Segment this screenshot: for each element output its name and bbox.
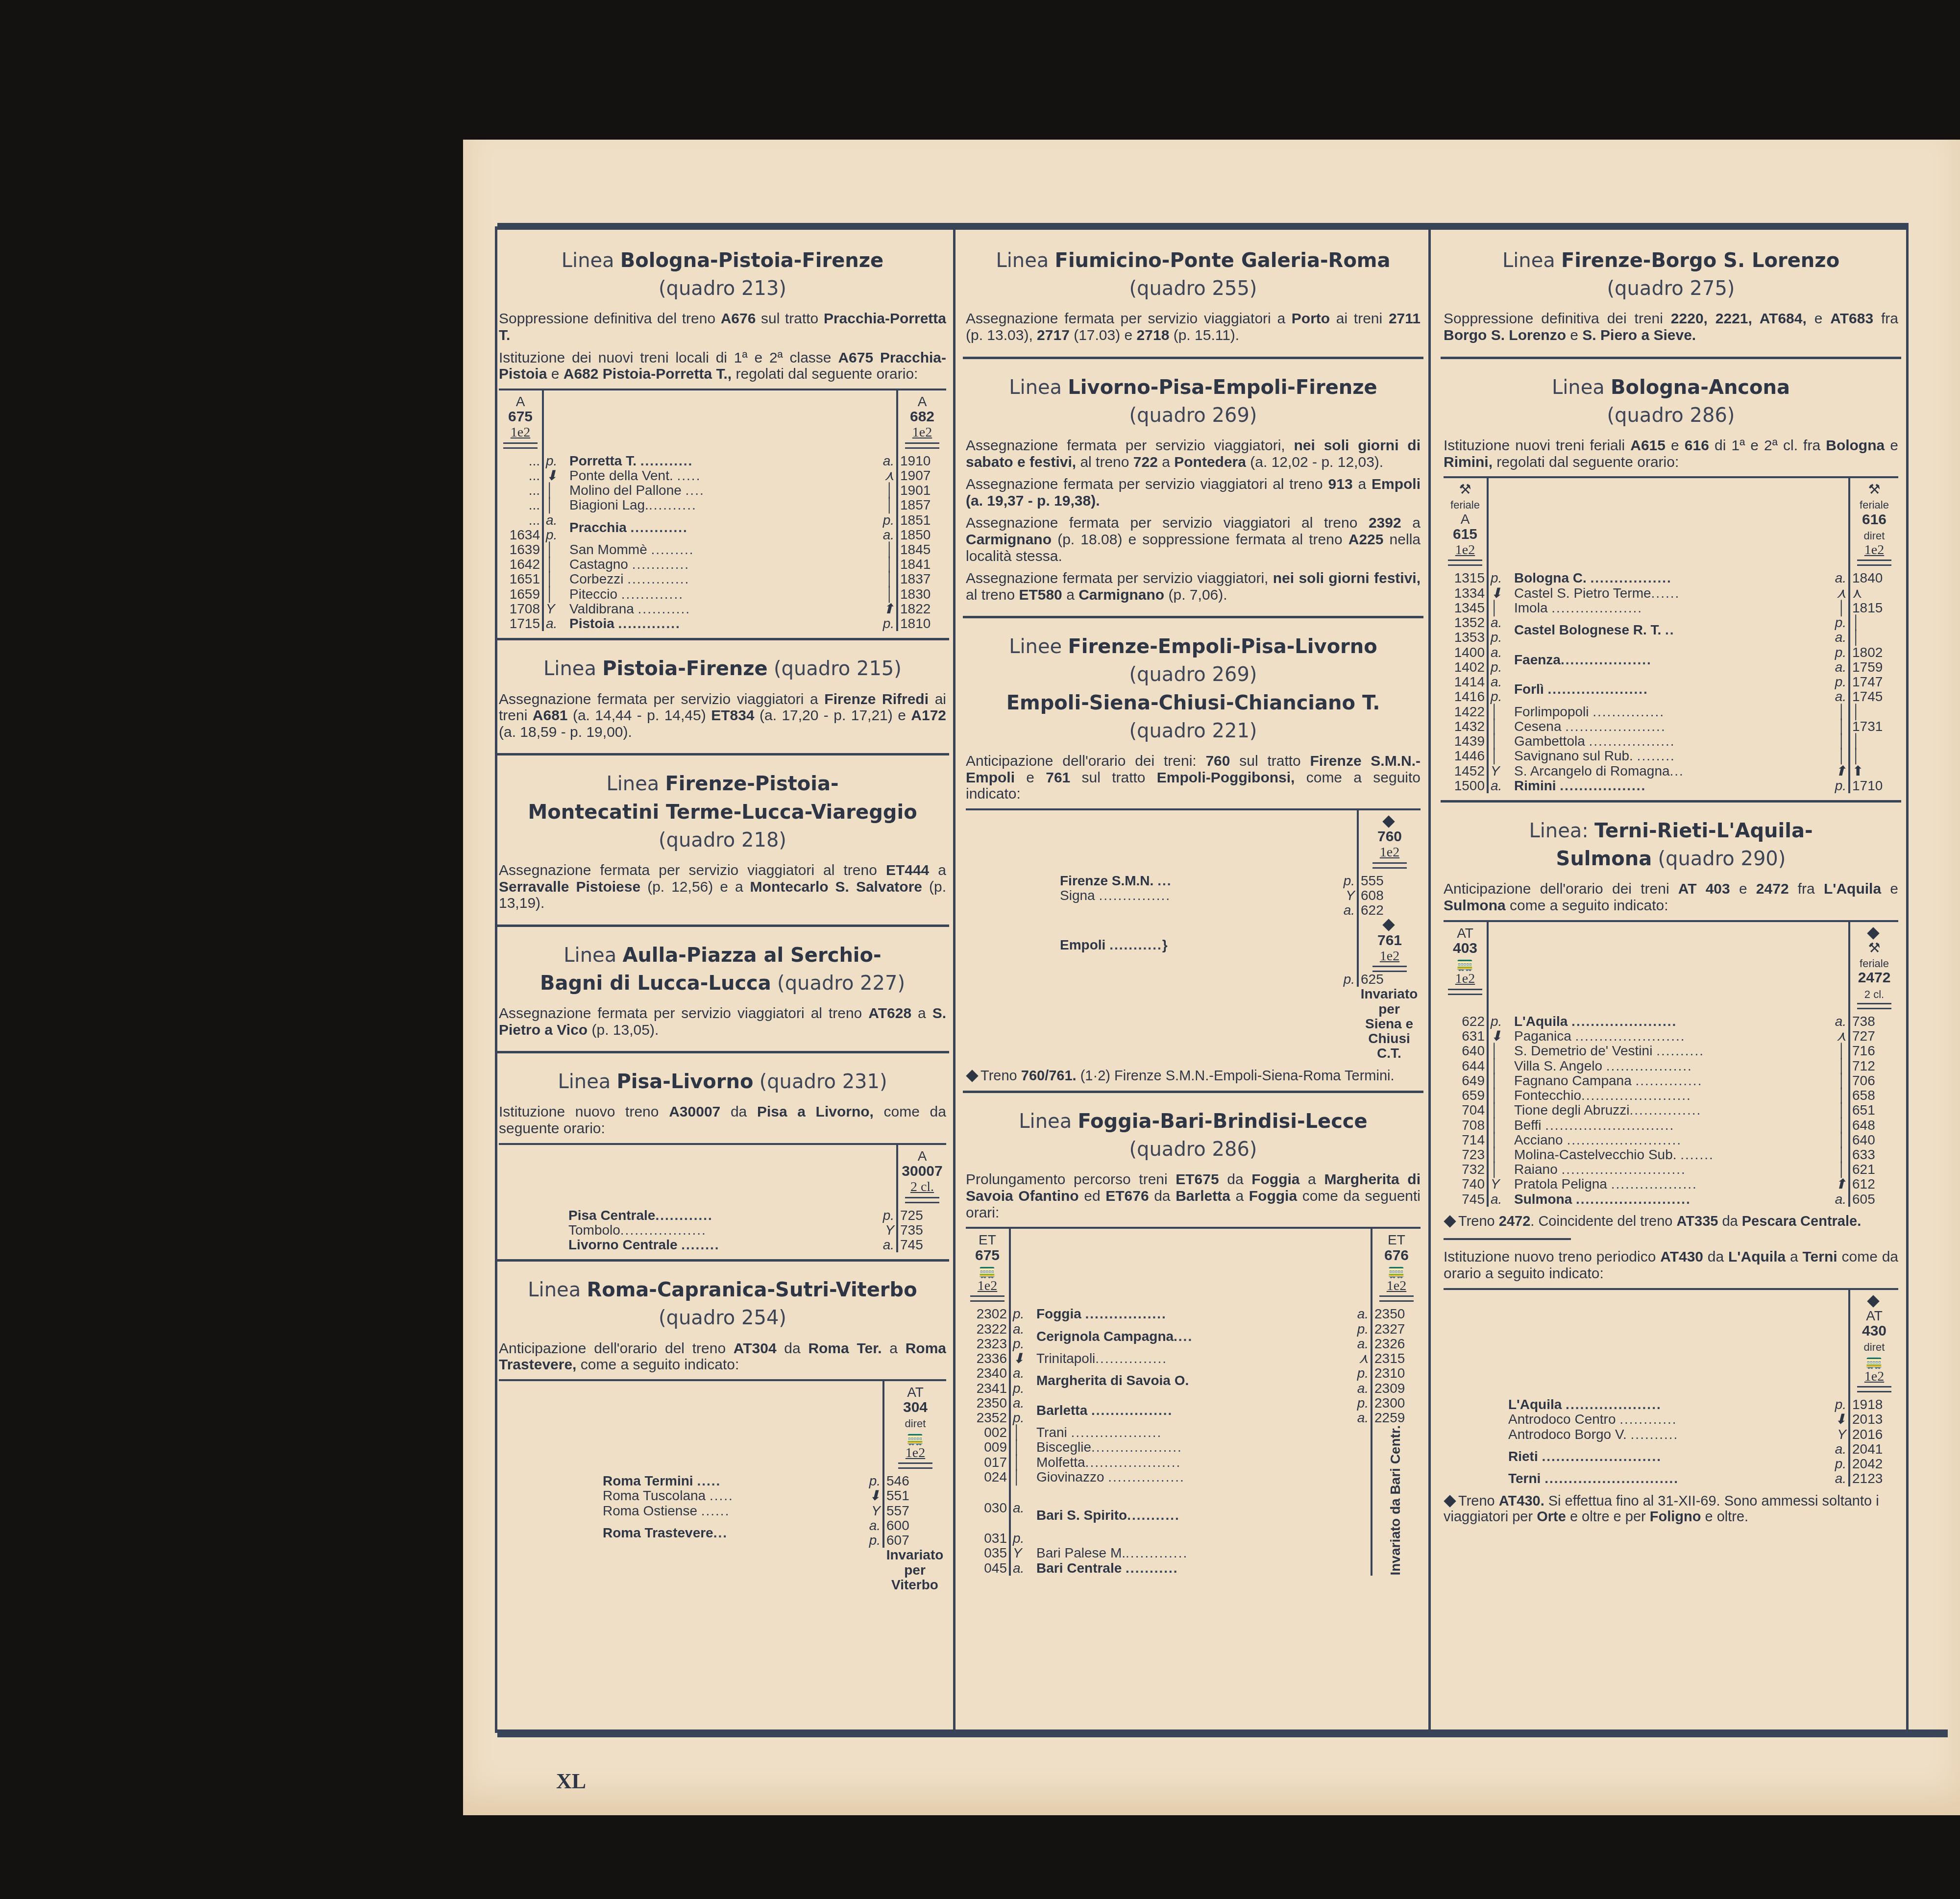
notice-text: Anticipazione dell'orario dei treni AT 4… (1444, 881, 1898, 914)
coach-icon: 🚃 (979, 1263, 996, 1278)
section-title: Linea Firenze-Pistoia- Montecatini Terme… (499, 769, 946, 853)
table-row: ...a.Pracchia ............p.1851 (499, 513, 946, 528)
diamond-icon (1444, 1495, 1456, 1507)
diamond-icon (1444, 1215, 1456, 1227)
table-row: Roma Termini .....p.546 (499, 1474, 946, 1488)
table-row: 1715a.Pistoia .............p.1810 (499, 616, 946, 631)
table-row: 1708YValdibrana ...........⬆1822 (499, 602, 946, 616)
timetable: 7601e2 Firenze S.M.N. ...p.555 Signa ...… (966, 808, 1421, 1061)
table-row: 1432│Cesena .....................│1731 (1444, 719, 1898, 734)
section-title: Linea Pisa-Livorno (quadro 231) (499, 1067, 946, 1095)
table-row: Roma Tuscolana .....⬇551 (499, 1488, 946, 1503)
unchanged-note: Invariato per Siena e Chiusi C.T. (1358, 987, 1421, 1061)
table-row: 1315p.Bologna C. .................a.1840 (1444, 571, 1898, 585)
section-title: Linea: Terni-Rieti-L'Aquila- Sulmona (qu… (1444, 816, 1898, 872)
table-row: 1659│Piteccio .............│1830 (499, 587, 946, 602)
table-row: 2302p.Foggia .................a.2350 (966, 1307, 1421, 1321)
section-title: Linea Foggia-Bari-Brindisi-Lecce (quadro… (966, 1107, 1421, 1163)
table-row: 009│Bisceglie................... (966, 1440, 1421, 1455)
diamond-icon (1382, 815, 1395, 828)
table-row: 2350a.Barletta .................p.2300 (966, 1396, 1421, 1411)
section-title: Linea Aulla-Piazza al Serchio- Bagni di … (499, 941, 946, 997)
train-header-right: A6821e2 (897, 390, 946, 454)
notice-text: Assegnazione fermata per servizio viaggi… (966, 438, 1421, 470)
diamond-icon (966, 1070, 978, 1082)
table-row: 1651│Corbezzi .............│1837 (499, 572, 946, 586)
table-row: 659│Fontecchio.......................│65… (1444, 1088, 1898, 1103)
divider (1444, 1238, 1571, 1240)
table-row: 740YPratola Peligna ..................⬆6… (1444, 1177, 1898, 1192)
table-row: 1400a.Faenza...................p.1802 (1444, 645, 1898, 660)
table-row: 030a.Bari S. Spirito........... (966, 1485, 1421, 1531)
notice-text: Anticipazione dell'orario dei treni: 760… (966, 753, 1421, 803)
section-title: Linea Firenze-Borgo S. Lorenzo (quadro 2… (1444, 246, 1898, 302)
table-row: 1345│Imola ...................│1815 (1444, 601, 1898, 615)
section-firenze-borgo: Linea Firenze-Borgo S. Lorenzo (quadro 2… (1441, 246, 1901, 359)
timetable: A300072 cl. Pisa Centrale............p.7… (499, 1143, 946, 1253)
table-row: Terni ............................a.2123 (1444, 1471, 1898, 1486)
table-row: 1439│Gambettola ..................││ (1444, 734, 1898, 749)
coach-icon: 🚃 (907, 1430, 924, 1445)
notice-text: Prolungamento percorso treni ET675 da Fo… (966, 1171, 1421, 1221)
table-row: 644│Villa S. Angelo ..................│7… (1444, 1059, 1898, 1073)
timetable: AT403🚃1e2 ⚒feriale24722 cl. 622p.L'Aquil… (1444, 920, 1898, 1207)
section-title: Linea Roma-Capranica-Sutri-Viterbo (quad… (499, 1275, 946, 1331)
table-row: Antrodoco Centro ............⬇2013 (1444, 1412, 1898, 1427)
table-row: Signa ...............Y608 (966, 888, 1421, 903)
timetable: A6751e2 A6821e2 ...p.Porretta T. .......… (499, 389, 946, 632)
notice-text: Assegnazione fermata per servizio viaggi… (966, 476, 1421, 509)
timetable: ET675🚃1e2 ET676🚃1e2 2302p.Foggia .......… (966, 1227, 1421, 1576)
table-row: p.625 (966, 972, 1421, 987)
section-pistoia-firenze: Linea Pistoia-Firenze (quadro 215) Asseg… (496, 654, 949, 755)
notice-text: Istituzione dei nuovi treni locali di 1ª… (499, 350, 946, 383)
coach-icon: 🚃 (1388, 1263, 1405, 1278)
table-row: 745a.Sulmona ........................a.6… (1444, 1192, 1898, 1207)
train-header-left: A6751e2 (499, 390, 543, 454)
notice-text: Assegnazione fermata per servizio viaggi… (966, 311, 1421, 343)
table-row: 1422│Forlimpopoli ...............││ (1444, 705, 1898, 719)
notice-text: Istituzione nuovo treno periodico AT430 … (1444, 1249, 1898, 1282)
table-row: Tombolo..................Y735 (499, 1223, 946, 1238)
workday-icon: ⚒ (1459, 482, 1471, 497)
footnote: Treno 760/761. (1·2) Firenze S.M.N.-Empo… (966, 1068, 1421, 1084)
footnote: Treno AT430. Si effettua fino al 31-XII-… (1444, 1493, 1898, 1525)
table-row: 714│Acciano ........................│640 (1444, 1133, 1898, 1147)
table-row: a.622 (966, 903, 1421, 918)
table-row: 723│Molina-Castelvecchio Sub. .......│63… (1444, 1147, 1898, 1162)
section-title: Linea Pistoia-Firenze (quadro 215) (499, 654, 946, 682)
table-row: 1334⬇Castel S. Pietro Terme......⋏⋏ (1444, 586, 1898, 601)
section-terni-sulmona: Linea: Terni-Rieti-L'Aquila- Sulmona (qu… (1441, 816, 1901, 1532)
unchanged-note: Invariato per Viterbo (883, 1548, 946, 1592)
table-row: ...p.Porretta T. ...........a.1910 (499, 454, 946, 468)
table-row: 1452YS. Arcangelo di Romagna...⬆⬆ (1444, 764, 1898, 779)
timetable: AT430diret🚃1e2 L'Aquila ................… (1444, 1288, 1898, 1486)
column-1: Linea Bologna-Pistoia-Firenze (quadro 21… (496, 235, 949, 1613)
workday-icon: ⚒ (1868, 940, 1880, 955)
section-roma-viterbo: Linea Roma-Capranica-Sutri-Viterbo (quad… (496, 1275, 949, 1599)
notice-text: Soppressione definitiva del treno A676 s… (499, 311, 946, 343)
section-aulla-lucca: Linea Aulla-Piazza al Serchio- Bagni di … (496, 941, 949, 1054)
section-foggia-lecce: Linea Foggia-Bari-Brindisi-Lecce (quadro… (963, 1107, 1423, 1582)
table-row: 708│Beffi ...........................│64… (1444, 1118, 1898, 1133)
section-pisa-livorno: Linea Pisa-Livorno (quadro 231) Istituzi… (496, 1067, 949, 1262)
table-row: Roma Trastevere...a.600 (499, 1518, 946, 1533)
notice-text: Assegnazione fermata per servizio viaggi… (499, 691, 946, 741)
section-firenze-pistoia-viareggio: Linea Firenze-Pistoia- Montecatini Terme… (496, 769, 949, 926)
bottom-rule (497, 1729, 1948, 1737)
notice-text: Istituzione nuovi treni feriali A615 e 6… (1444, 438, 1898, 470)
section-bologna-pistoia-firenze: Linea Bologna-Pistoia-Firenze (quadro 21… (496, 246, 949, 640)
section-title: Linea Bologna-Pistoia-Firenze (quadro 21… (499, 246, 946, 302)
section-livorno-firenze: Linea Livorno-Pisa-Empoli-Firenze (quadr… (963, 373, 1423, 619)
table-row: 002│Trani ...................Invariato d… (966, 1425, 1421, 1440)
column-divider-1 (953, 226, 955, 1733)
table-row: 649│Fagnano Campana ..............│706 (1444, 1073, 1898, 1088)
diamond-icon (1867, 927, 1879, 939)
table-row: Roma Ostiense ......Y557 (499, 1504, 946, 1518)
notice-text: Assegnazione fermata per servizio viaggi… (499, 862, 946, 912)
column-3: Linea Firenze-Borgo S. Lorenzo (quadro 2… (1441, 235, 1901, 1545)
table-row: Firenze S.M.N. ...p.555 (966, 874, 1421, 888)
table-row: 035YBari Palese M.............. (966, 1546, 1421, 1560)
timetable: ⚒ferialeA6151e2 ⚒feriale616diret1e2 1315… (1444, 476, 1898, 793)
table-row: 045a.Bari Centrale ........... (966, 1561, 1421, 1576)
table-row: 1639│San Mommè .........│1845 (499, 542, 946, 557)
section-title: Linee Firenze-Empoli-Pisa-Livorno (quadr… (966, 632, 1421, 744)
table-row: ...⬇Ponte della Vent. .....⋏1907 (499, 468, 946, 483)
table-row: 704│Tione degli Abruzzi...............│6… (1444, 1103, 1898, 1118)
unchanged-note: Invariato da Bari Centr. (1372, 1425, 1421, 1576)
section-fiumicino-roma: Linea Fiumicino-Ponte Galeria-Roma (quad… (963, 246, 1423, 359)
notice-text: Assegnazione fermata per servizio viaggi… (966, 570, 1421, 603)
notice-text: Istituzione nuovo treno A30007 da Pisa a… (499, 1104, 946, 1137)
top-rule (497, 223, 1909, 230)
notice-text: Assegnazione fermata per servizio viaggi… (966, 515, 1421, 564)
table-row: 1414a.Forlì .....................p.1747 (1444, 675, 1898, 689)
table-row: ...│Biagioni Lag...........│1857 (499, 498, 946, 512)
section-title: Linea Bologna-Ancona (quadro 286) (1444, 373, 1898, 429)
table-row: Pisa Centrale............p.725 (499, 1208, 946, 1223)
notice-text: Anticipazione dell'orario del treno AT30… (499, 1340, 946, 1373)
table-row: Livorno Centrale ........a.745 (499, 1238, 946, 1252)
table-row: 2336⬇Trinitapoli...............⋏2315 (966, 1351, 1421, 1366)
page-number: XL (556, 1769, 586, 1794)
table-row: 622p.L'Aquila ......................a.73… (1444, 1014, 1898, 1029)
right-border (1906, 226, 1909, 1733)
table-row: Rieti .........................a.2041 (1444, 1442, 1898, 1457)
section-empoli-siena: Linee Firenze-Empoli-Pisa-Livorno (quadr… (963, 632, 1423, 1093)
timetable: AT304diret🚃1e2 Roma Termini .....p.546 R… (499, 1379, 946, 1592)
table-row: 1642│Castagno ............│1841 (499, 557, 946, 572)
notice-text: Soppressione definitiva dei treni 2220, … (1444, 311, 1898, 343)
column-2: Linea Fiumicino-Ponte Galeria-Roma (quad… (963, 235, 1423, 1596)
section-title: Linea Fiumicino-Ponte Galeria-Roma (quad… (966, 246, 1421, 302)
column-divider-2 (1428, 226, 1431, 1733)
table-row: 2340a.Margherita di Savoia O.p.2310 (966, 1366, 1421, 1381)
coach-icon: 🚃 (1866, 1354, 1883, 1369)
coach-icon: 🚃 (1457, 956, 1474, 971)
workday-icon: ⚒ (1868, 482, 1880, 497)
table-row: L'Aquila ....................p.1918 (1444, 1397, 1898, 1412)
table-row: 631⬇Paganica .......................⋏727 (1444, 1029, 1898, 1044)
table-row: 1352a.Castel Bolognese R. T. ..p.│ (1444, 615, 1898, 630)
notice-text: Assegnazione fermata per servizio viaggi… (499, 1005, 946, 1038)
section-bologna-ancona: Linea Bologna-Ancona (quadro 286) Istitu… (1441, 373, 1901, 803)
table-row: 640│S. Demetrio de' Vestini ..........│7… (1444, 1044, 1898, 1058)
table-row: 024│Giovinazzo ................ (966, 1470, 1421, 1485)
diamond-icon (1382, 919, 1395, 931)
diamond-icon (1867, 1295, 1879, 1307)
section-title: Linea Livorno-Pisa-Empoli-Firenze (quadr… (966, 373, 1421, 429)
table-row: 017│Molfetta.................... (966, 1455, 1421, 1470)
table-row: ...│Molino del Pallone ....│1901 (499, 483, 946, 498)
table-row: 732│Raiano ..........................│62… (1444, 1162, 1898, 1177)
table-row: 1446│Savignano sul Rub. ........││ (1444, 749, 1898, 763)
table-row: 2322a.Cerignola Campagna....p.2327 (966, 1322, 1421, 1337)
footnote: Treno 2472. Coincidente del treno AT335 … (1444, 1214, 1898, 1229)
table-row: Empoli ...........}7611e2 (966, 918, 1421, 972)
table-row: 1500a.Rimini ..................p.1710 (1444, 779, 1898, 793)
table-row: Antrodoco Borgo V. ..........Y2016 (1444, 1427, 1898, 1442)
